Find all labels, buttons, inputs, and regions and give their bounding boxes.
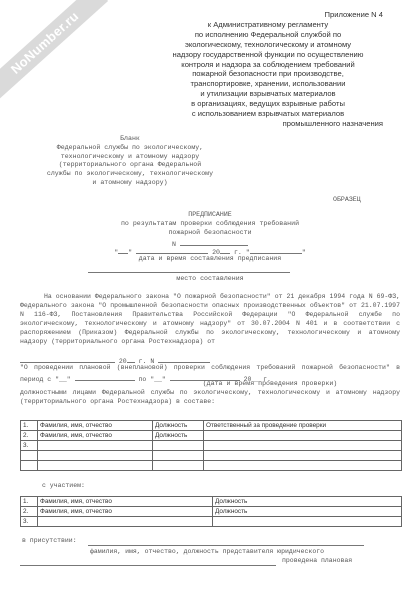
month-field[interactable] xyxy=(136,246,208,254)
cell-name[interactable] xyxy=(38,441,153,451)
cell-name[interactable]: Фамилия, имя, отчество xyxy=(38,497,213,507)
cell-num[interactable]: 3. xyxy=(21,441,38,451)
cell-num[interactable]: 1. xyxy=(21,421,38,431)
order-title: ПРЕДПИСАНИЕ xyxy=(0,211,420,220)
appendix-line: и утилизации взрывчатых материалов xyxy=(153,89,383,99)
sample-label: ОБРАЗЕЦ xyxy=(333,196,361,203)
place-caption: место составления xyxy=(0,275,420,284)
blank-line: Федеральной службы по экологическому, xyxy=(30,144,230,153)
period-caption: (дата и время проведения проверки) xyxy=(60,380,420,389)
cell-num[interactable]: 1. xyxy=(21,497,38,507)
cell-num[interactable]: 2. xyxy=(21,431,38,441)
appendix-line: промышленного назначения xyxy=(153,119,383,129)
order-number-field[interactable] xyxy=(180,238,248,246)
cell-num[interactable] xyxy=(21,461,38,471)
appendix-line: с использованием взрывчатых материалов xyxy=(153,109,383,119)
table-row: 2. Фамилия, имя, отчество Должность xyxy=(21,507,402,517)
cell-role[interactable] xyxy=(204,461,402,471)
cell-position[interactable] xyxy=(213,517,402,527)
table-row xyxy=(21,451,402,461)
presence-field-line-2[interactable] xyxy=(20,565,276,566)
cell-position[interactable] xyxy=(153,461,204,471)
blank-line: службы по экологическому, технологическо… xyxy=(30,170,230,179)
order-year-field[interactable] xyxy=(127,355,135,363)
order-date-field[interactable] xyxy=(20,355,115,363)
cell-role[interactable] xyxy=(204,441,402,451)
cell-position[interactable]: Должность xyxy=(213,507,402,517)
participation-label: с участием: xyxy=(42,482,85,489)
cell-role[interactable] xyxy=(204,431,402,441)
cell-position[interactable]: Должность xyxy=(153,421,204,431)
basis-text: На основании Федерального закона "О пожа… xyxy=(20,293,400,346)
order-subtitle-2: пожарной безопасности xyxy=(0,229,420,238)
blank-line: Бланк xyxy=(30,135,230,144)
table-row: 2. Фамилия, имя, отчество Должность xyxy=(21,431,402,441)
table-row xyxy=(21,461,402,471)
table-row: 1. Фамилия, имя, отчество Должность xyxy=(21,497,402,507)
presence-tail: проведена плановая xyxy=(282,557,352,564)
cell-position[interactable] xyxy=(153,451,204,461)
cell-position[interactable]: Должность xyxy=(153,431,204,441)
officials-paragraph: должностными лицами Федеральной службы п… xyxy=(20,389,400,407)
appendix-line: надзору государственной функции по осуще… xyxy=(153,50,383,60)
order-number-ref-field[interactable] xyxy=(158,355,210,363)
table-row: 1. Фамилия, имя, отчество Должность Отве… xyxy=(21,421,402,431)
place-field-line[interactable] xyxy=(88,272,290,273)
cell-num[interactable]: 2. xyxy=(21,507,38,517)
appendix-line: по исполнению Федеральной службой по xyxy=(153,30,383,40)
blank-line: (территориального органа Федеральной xyxy=(30,161,230,170)
cell-role[interactable] xyxy=(204,451,402,461)
day-field[interactable] xyxy=(118,246,128,254)
appendix-line: транспортировке, хранении, использовании xyxy=(153,79,383,89)
table-row: 3. xyxy=(21,517,402,527)
cell-name[interactable]: Фамилия, имя, отчество xyxy=(38,431,153,441)
presence-label: в присутствии: xyxy=(22,537,77,544)
commission-table: 1. Фамилия, имя, отчество Должность Отве… xyxy=(20,420,402,471)
appendix-line: экологическому, технологическому и атомн… xyxy=(153,40,383,50)
appendix-line: пожарной безопасности при производстве, xyxy=(153,69,383,79)
cell-name[interactable] xyxy=(38,461,153,471)
appendix-line: в организациях, ведущих взрывные работы xyxy=(153,99,383,109)
date-caption: дата и время составления предписания xyxy=(0,255,420,264)
time-field[interactable] xyxy=(250,246,302,254)
cell-num[interactable] xyxy=(21,451,38,461)
cell-position[interactable]: Должность xyxy=(213,497,402,507)
cell-name[interactable] xyxy=(38,451,153,461)
appendix-line: Приложение N 4 xyxy=(153,10,383,20)
participation-table: 1. Фамилия, имя, отчество Должность 2. Ф… xyxy=(20,496,402,527)
order-subtitle: по результатам проверки соблюдения требо… xyxy=(0,220,420,229)
cell-role[interactable]: Ответственный за проведение проверки xyxy=(204,421,402,431)
table-row: 3. xyxy=(21,441,402,451)
presence-field-line[interactable] xyxy=(88,545,364,546)
appendix-line: контроля и надзора за соблюдением требов… xyxy=(153,60,383,70)
cell-name[interactable] xyxy=(38,517,213,527)
letterhead-blank: Бланк Федеральной службы по экологическо… xyxy=(30,135,230,188)
watermark: NoNumber.ru xyxy=(0,0,108,101)
cell-position[interactable] xyxy=(153,441,204,451)
appendix-line: к Административному регламенту xyxy=(153,20,383,30)
officials-text: должностными лицами Федеральной службы п… xyxy=(20,389,400,407)
cell-num[interactable]: 3. xyxy=(21,517,38,527)
cell-name[interactable]: Фамилия, имя, отчество xyxy=(38,421,153,431)
blank-line: и атомному надзору) xyxy=(30,179,230,188)
appendix-header: Приложение N 4 к Административному регла… xyxy=(153,10,383,129)
basis-paragraph: На основании Федерального закона "О пожа… xyxy=(20,293,400,346)
cell-name[interactable]: Фамилия, имя, отчество xyxy=(38,507,213,517)
presence-caption: фамилия, имя, отчество, должность предст… xyxy=(90,548,324,555)
year-field[interactable] xyxy=(220,246,230,254)
